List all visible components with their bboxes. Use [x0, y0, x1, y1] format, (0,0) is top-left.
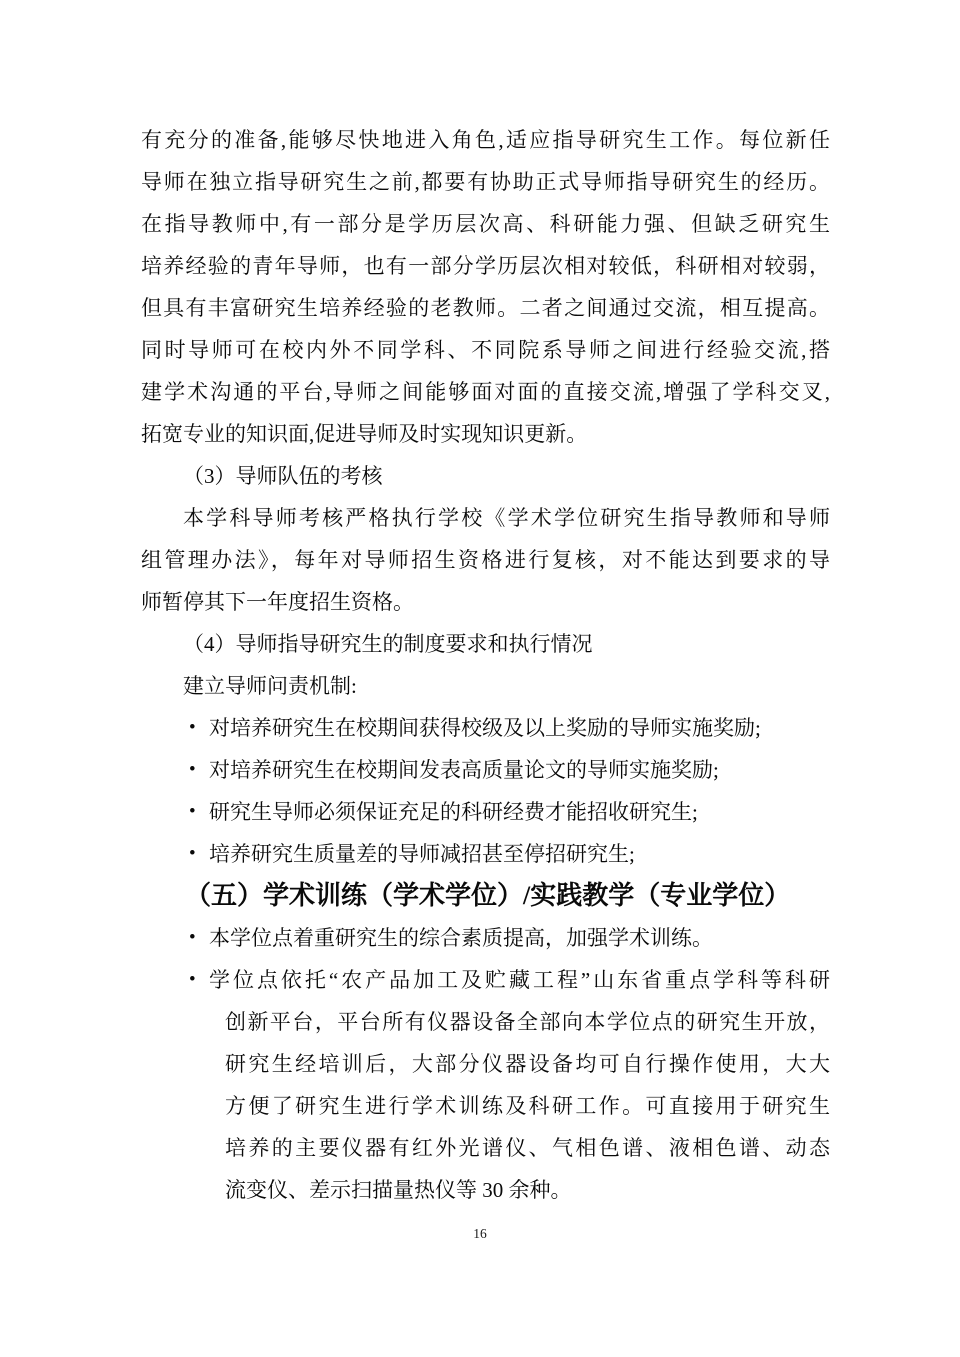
text-line-content: 同时导师可在校内外不同学科、不同院系导师之间进行经验交流,搭 — [141, 338, 830, 362]
bullet-icon: • — [189, 749, 196, 791]
bullet-icon: • — [189, 917, 196, 959]
text-line: 同时导师可在校内外不同学科、不同院系导师之间进行经验交流,搭 — [141, 329, 830, 371]
text-line-content: 创新平台，平台所有仪器设备全部向本学位点的研究生开放， — [225, 1010, 830, 1034]
text-line: 创新平台，平台所有仪器设备全部向本学位点的研究生开放， — [141, 1001, 830, 1043]
text-line-content: 但具有丰富研究生培养经验的老教师。二者之间通过交流，相互提高。 — [141, 296, 830, 320]
text-line-content: 研究生经培训后，大部分仪器设备均可自行操作使用，大大 — [225, 1052, 830, 1076]
bullet-item: •学位点依托“农产品加工及贮藏工程”山东省重点学科等科研 — [141, 959, 830, 1001]
text-line: 有充分的准备,能够尽快地进入角色,适应指导研究生工作。每位新任 — [141, 119, 830, 161]
bullet-text: 研究生导师必须保证充足的科研经费才能招收研究生; — [209, 800, 698, 824]
text-line: 本学科导师考核严格执行学校《学术学位研究生指导教师和导师 — [141, 497, 830, 539]
page-number: 16 — [0, 1224, 960, 1244]
text-line: 培养的主要仪器有红外光谱仪、气相色谱、液相色谱、动态 — [141, 1127, 830, 1169]
text-line-content: 流变仪、差示扫描量热仪等 30 余种。 — [225, 1178, 572, 1202]
text-line: 但具有丰富研究生培养经验的老教师。二者之间通过交流，相互提高。 — [141, 287, 830, 329]
section-heading-5: （五）学术训练（学术学位）/实践教学（专业学位） — [141, 875, 830, 917]
section-heading-text: （五）学术训练（学术学位）/实践教学（专业学位） — [185, 881, 790, 910]
text-line: 导师在独立指导研究生之前,都要有协助正式导师指导研究生的经历。 — [141, 161, 830, 203]
text-line-content: 组管理办法》，每年对导师招生资格进行复核，对不能达到要求的导 — [141, 548, 830, 572]
subsection-heading-4: （4）导师指导研究生的制度要求和执行情况 — [141, 623, 830, 665]
text-line-content: 在指导教师中,有一部分是学历层次高、科研能力强、但缺乏研究生 — [141, 212, 830, 236]
text-line-content: 方便了研究生进行学术训练及科研工作。可直接用于研究生 — [225, 1094, 830, 1118]
bullet-text: 本学位点着重研究生的综合素质提高，加强学术训练。 — [209, 926, 713, 950]
text-line-content: 拓宽专业的知识面,促进导师及时实现知识更新。 — [141, 422, 587, 446]
bullet-text: 对培养研究生在校期间发表高质量论文的导师实施奖励; — [209, 758, 719, 782]
bullet-item: •培养研究生质量差的导师减招甚至停招研究生; — [141, 833, 830, 875]
bullet-icon: • — [189, 959, 196, 1001]
bullet-item: •本学位点着重研究生的综合素质提高，加强学术训练。 — [141, 917, 830, 959]
text-line: 拓宽专业的知识面,促进导师及时实现知识更新。 — [141, 413, 830, 455]
text-line: 建学术沟通的平台,导师之间能够面对面的直接交流,增强了学科交叉, — [141, 371, 830, 413]
bullet-icon: • — [189, 833, 196, 875]
text-line: 研究生经培训后，大部分仪器设备均可自行操作使用，大大 — [141, 1043, 830, 1085]
bullet-item: •研究生导师必须保证充足的科研经费才能招收研究生; — [141, 791, 830, 833]
text-line: 在指导教师中,有一部分是学历层次高、科研能力强、但缺乏研究生 — [141, 203, 830, 245]
text-line-content: 建学术沟通的平台,导师之间能够面对面的直接交流,增强了学科交叉, — [141, 380, 830, 404]
subsection-heading-3: （3）导师队伍的考核 — [141, 455, 830, 497]
text-line: 组管理办法》，每年对导师招生资格进行复核，对不能达到要求的导 — [141, 539, 830, 581]
text-line: 建立导师问责机制: — [141, 665, 830, 707]
bullet-icon: • — [189, 791, 196, 833]
text-line-content: 师暂停其下一年度招生资格。 — [141, 590, 414, 614]
text-line-content: 有充分的准备,能够尽快地进入角色,适应指导研究生工作。每位新任 — [141, 128, 830, 152]
bullet-text: 对培养研究生在校期间获得校级及以上奖励的导师实施奖励; — [209, 716, 761, 740]
text-line-content: 培养经验的青年导师，也有一部分学历层次相对较低，科研相对较弱， — [141, 254, 830, 278]
document-body: 有充分的准备,能够尽快地进入角色,适应指导研究生工作。每位新任 导师在独立指导研… — [141, 119, 830, 1211]
text-line-content: 导师在独立指导研究生之前,都要有协助正式导师指导研究生的经历。 — [141, 170, 830, 194]
text-line: 流变仪、差示扫描量热仪等 30 余种。 — [141, 1169, 830, 1211]
text-line-content: 建立导师问责机制: — [183, 674, 357, 698]
text-line-content: （3）导师队伍的考核 — [183, 464, 383, 488]
text-line-content: 培养的主要仪器有红外光谱仪、气相色谱、液相色谱、动态 — [225, 1136, 830, 1160]
bullet-icon: • — [189, 707, 196, 749]
text-line-content: 本学科导师考核严格执行学校《学术学位研究生指导教师和导师 — [183, 506, 830, 530]
bullet-text: 学位点依托“农产品加工及贮藏工程”山东省重点学科等科研 — [209, 968, 830, 992]
text-line: 培养经验的青年导师，也有一部分学历层次相对较低，科研相对较弱， — [141, 245, 830, 287]
text-line: 方便了研究生进行学术训练及科研工作。可直接用于研究生 — [141, 1085, 830, 1127]
text-line: 师暂停其下一年度招生资格。 — [141, 581, 830, 623]
document-page: 有充分的准备,能够尽快地进入角色,适应指导研究生工作。每位新任 导师在独立指导研… — [0, 0, 960, 1357]
text-line-content: （4）导师指导研究生的制度要求和执行情况 — [183, 632, 593, 656]
bullet-item: •对培养研究生在校期间发表高质量论文的导师实施奖励; — [141, 749, 830, 791]
bullet-text: 培养研究生质量差的导师减招甚至停招研究生; — [209, 842, 635, 866]
bullet-item: •对培养研究生在校期间获得校级及以上奖励的导师实施奖励; — [141, 707, 830, 749]
